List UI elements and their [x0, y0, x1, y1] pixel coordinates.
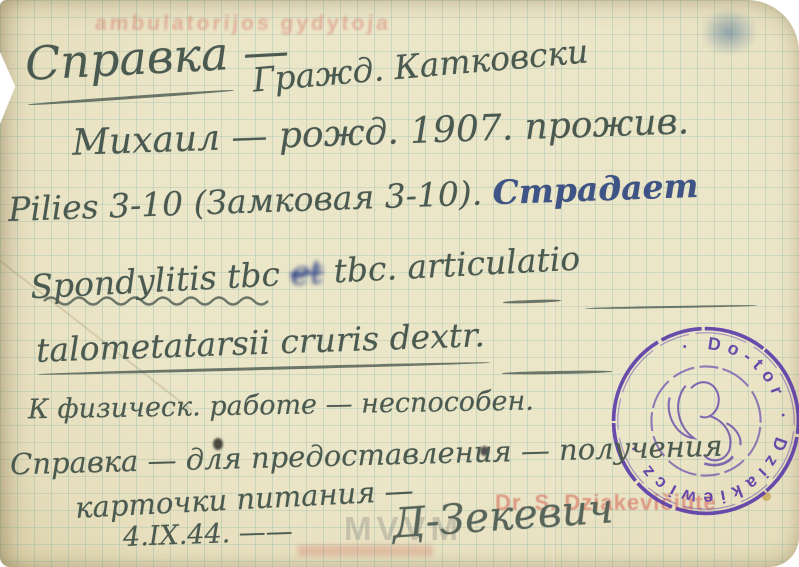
suffers-word: Страдает	[492, 166, 699, 212]
scanned-document: ambulatorijos gydytoja MVVM Dr. S. Dziak…	[0, 0, 799, 567]
handwritten-date: 4.IX.44. ——	[123, 516, 294, 553]
faint-red-watermark-strip	[298, 545, 433, 556]
blotted-word: et	[289, 252, 324, 293]
squiggle-underline	[42, 292, 277, 306]
blue-ink-smudge	[700, 8, 758, 56]
stamp-ring-text: · Do-tor · Dziakiewicz ·	[596, 311, 799, 532]
